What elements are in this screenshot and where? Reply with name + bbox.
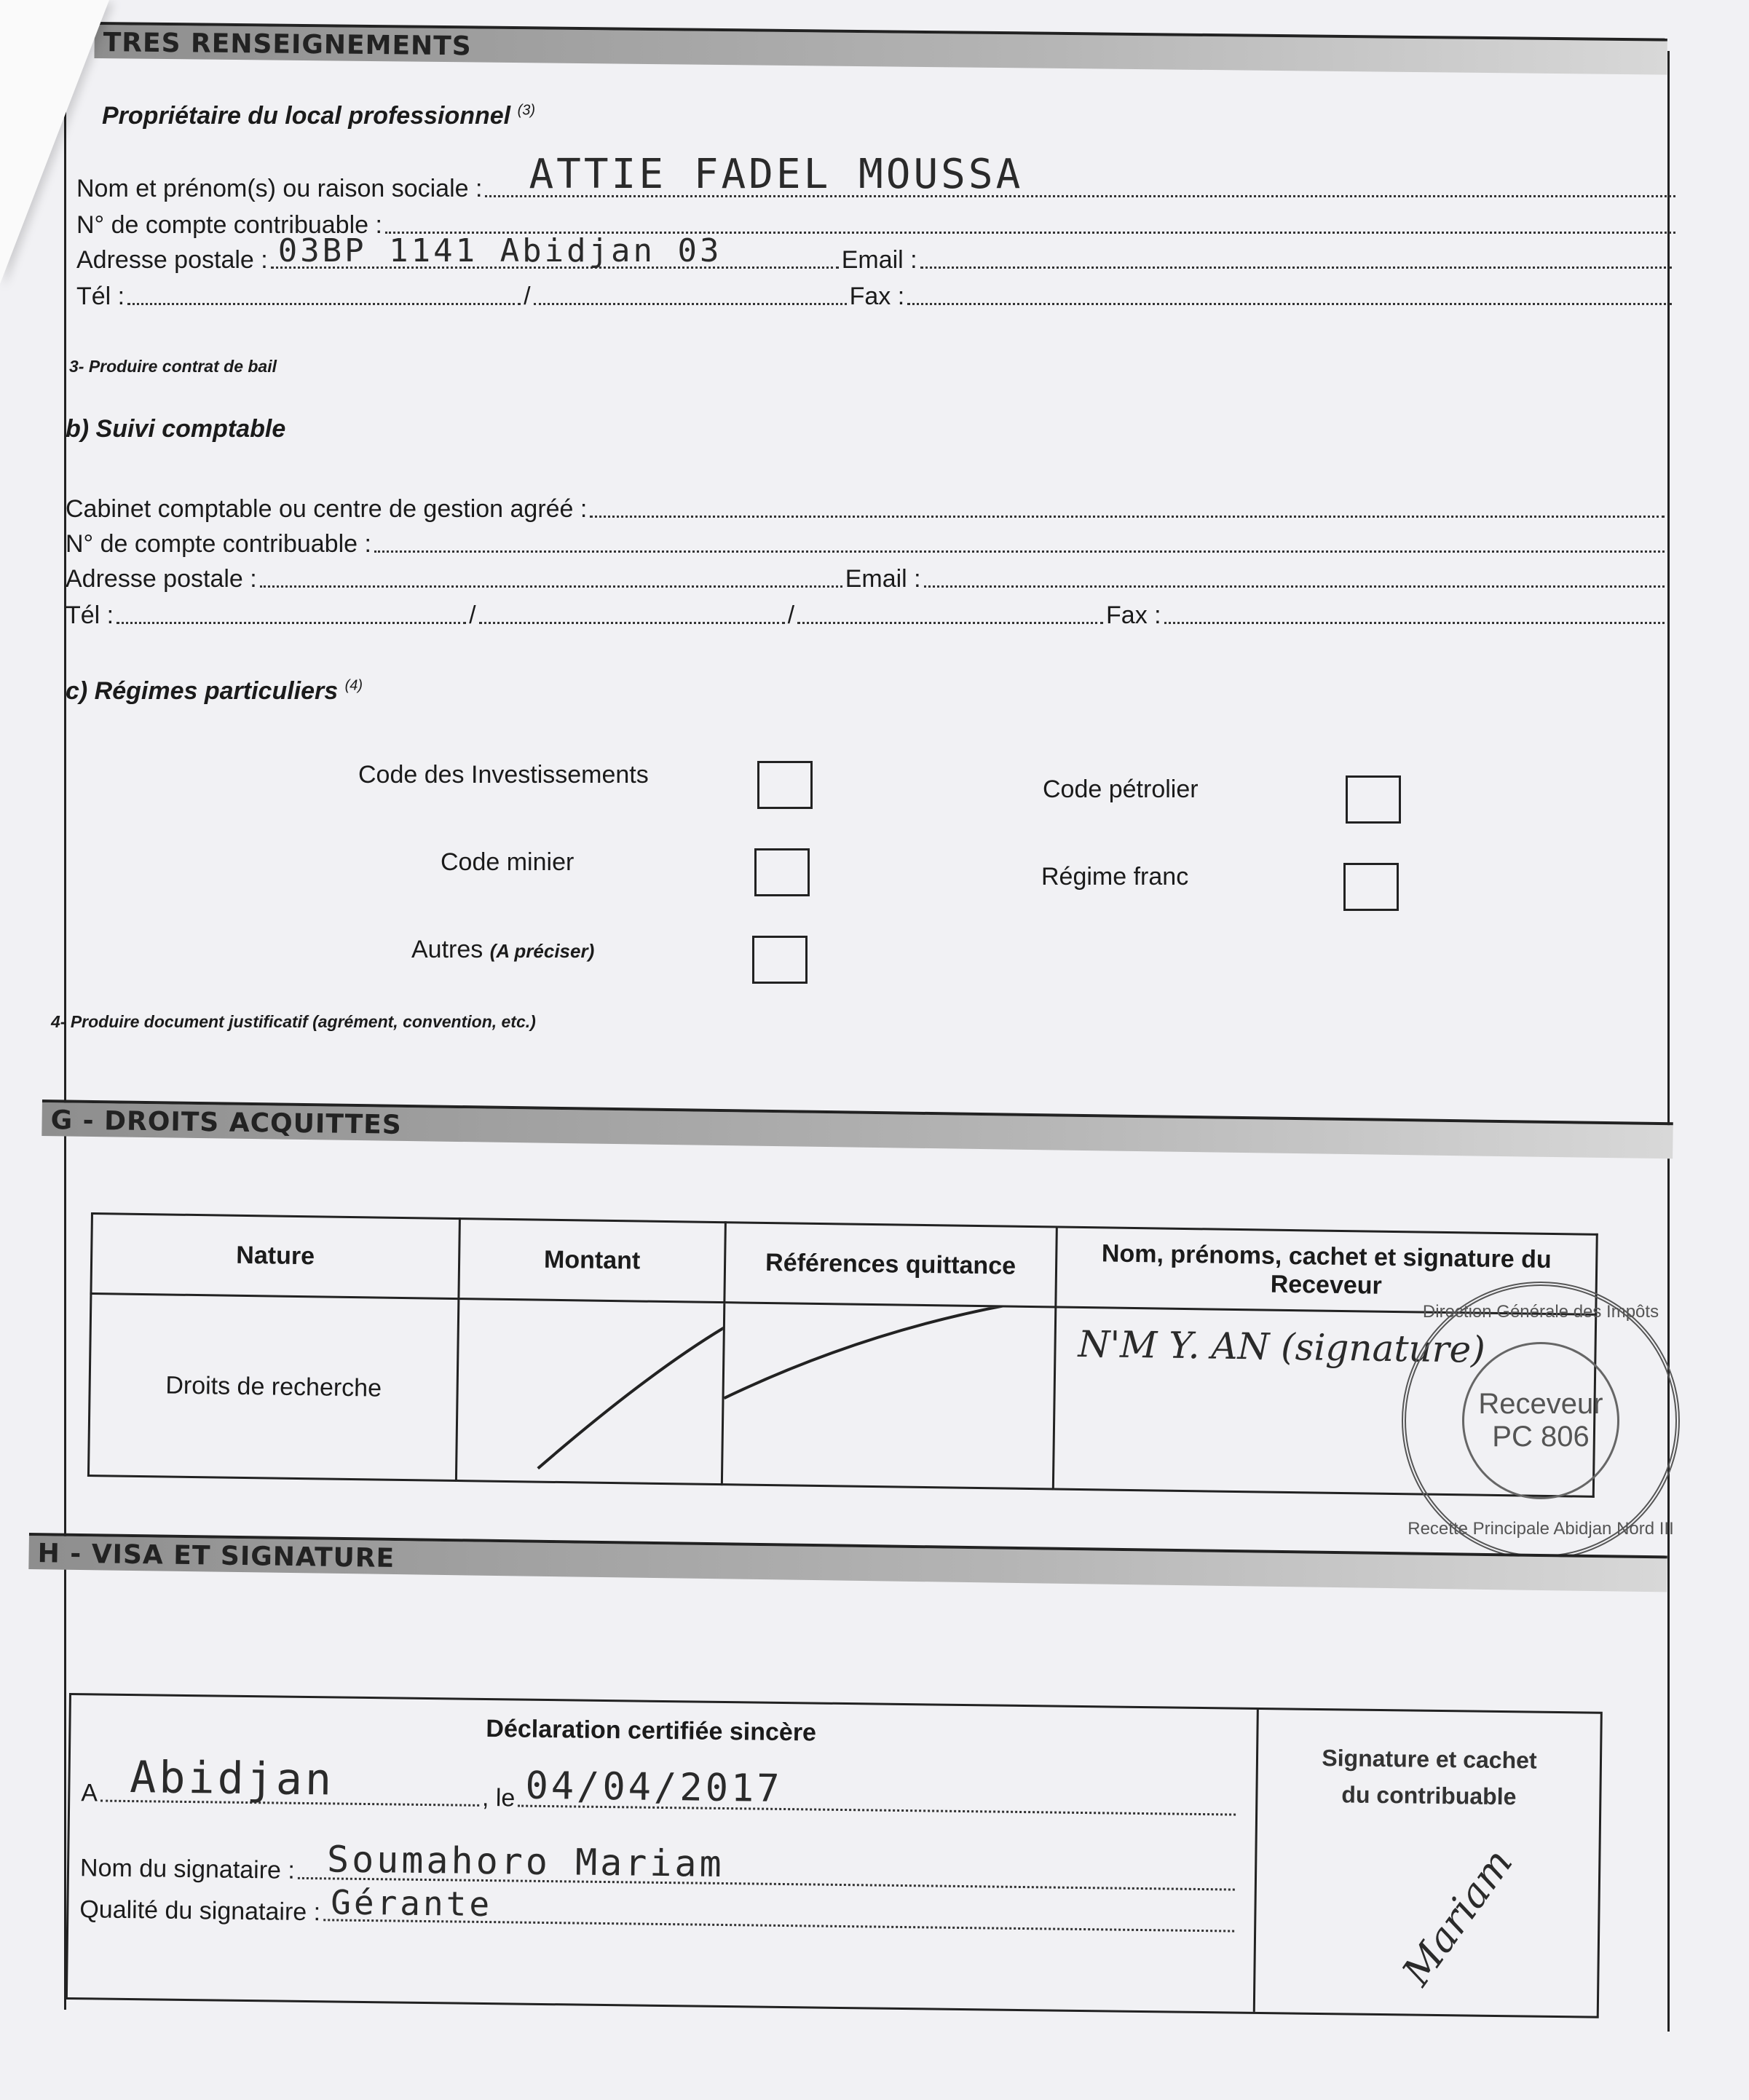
visa-lieu-value: Abidjan: [130, 1752, 335, 1805]
declaration-title: Déclaration certifiée sincère: [486, 1715, 816, 1748]
strike-line-icon: [723, 1303, 1054, 1483]
section-g-header: G - DROITS ACQUITTES: [42, 1100, 1673, 1158]
regime-code-petrolier-label: Code pétrolier: [1043, 775, 1199, 804]
col-references: Références quittance: [725, 1223, 1057, 1307]
suivi-tel-field[interactable]: Tél : / / Fax :: [66, 601, 1667, 630]
cell-nature: Droits de recherche: [88, 1294, 458, 1481]
visa-lieu-date-field[interactable]: A Abidjan , le 04/04/2017: [81, 1779, 1239, 1821]
proprietaire-tel-field[interactable]: Tél : / Fax :: [76, 283, 1675, 311]
section-g-title: G - DROITS ACQUITTES: [50, 1105, 402, 1140]
proprietaire-nom-field[interactable]: Nom et prénom(s) ou raison sociale : ATT…: [76, 175, 1678, 203]
section-f-title: TRES RENSEIGNEMENTS: [103, 28, 471, 61]
visa-nom-value: Soumahoro Mariam: [327, 1838, 725, 1885]
regime-franc-checkbox[interactable]: [1343, 863, 1399, 911]
regime-autres-checkbox[interactable]: [752, 936, 808, 984]
regime-franc-label: Régime franc: [1041, 863, 1188, 891]
regime-code-minier-checkbox[interactable]: [754, 848, 810, 896]
proprietaire-heading: Propriétaire du local professionnel (3): [102, 102, 535, 130]
strike-line-icon: [457, 1300, 723, 1478]
frame-right-border: [1667, 51, 1670, 2032]
visa-nom-field[interactable]: Nom du signataire : Soumahoro Mariam: [80, 1854, 1238, 1896]
droits-acquittes-table: Nature Montant Références quittance Nom,…: [87, 1212, 1598, 1498]
regimes-note: 4- Produire document justificatif (agrém…: [51, 1012, 536, 1032]
suivi-cabinet-field[interactable]: Cabinet comptable ou centre de gestion a…: [66, 495, 1667, 524]
folded-corner: [0, 0, 109, 284]
table-row: Droits de recherche N'M Y. AN (signature…: [88, 1294, 1595, 1497]
proprietaire-nom-value: ATTIE FADEL MOUSSA: [529, 151, 1023, 198]
section-h-title: H - VISA ET SIGNATURE: [37, 1539, 395, 1574]
regimes-heading: c) Régimes particuliers (4): [66, 677, 363, 706]
suivi-heading: b) Suivi comptable: [66, 415, 285, 443]
regime-autres-label: Autres (A préciser): [411, 936, 594, 964]
visa-box: Déclaration certifiée sincère A Abidjan …: [66, 1693, 1603, 2018]
section-h-header: H - VISA ET SIGNATURE: [28, 1533, 1667, 1592]
visa-qualite-field[interactable]: Qualité du signataire : Gérante: [79, 1895, 1237, 1938]
regime-code-petrolier-checkbox[interactable]: [1346, 775, 1401, 824]
receveur-stamp: Direction Générale des Impôts Receveur P…: [1402, 1282, 1680, 1560]
col-montant: Montant: [459, 1219, 726, 1303]
cell-montant: [456, 1299, 724, 1485]
visa-qualite-value: Gérante: [331, 1882, 493, 1924]
suivi-compte-field[interactable]: N° de compte contribuable :: [66, 530, 1667, 558]
proprietaire-adresse-value: 03BP 1141 Abidjan 03: [278, 232, 722, 269]
col-nature: Nature: [91, 1214, 459, 1299]
suivi-adresse-field[interactable]: Adresse postale : Email :: [66, 565, 1667, 593]
regime-code-minier-label: Code minier: [441, 848, 574, 877]
scanned-form-page: TRES RENSEIGNEMENTS Propriétaire du loca…: [0, 0, 1749, 2100]
proprietaire-adresse-field[interactable]: Adresse postale : 03BP 1141 Abidjan 03 E…: [76, 246, 1675, 275]
proprietaire-note: 3- Produire contrat de bail: [69, 357, 277, 376]
visa-date-value: 04/04/2017: [525, 1764, 783, 1811]
contribuable-signature: Mariam: [1393, 1841, 1521, 1994]
signature-header: Signature et cachet du contribuable: [1258, 1739, 1600, 1816]
regime-code-investissements-label: Code des Investissements: [358, 761, 649, 789]
regime-code-investissements-checkbox[interactable]: [757, 761, 813, 809]
cell-references: [722, 1303, 1055, 1489]
section-f-header: TRES RENSEIGNEMENTS: [94, 22, 1667, 75]
